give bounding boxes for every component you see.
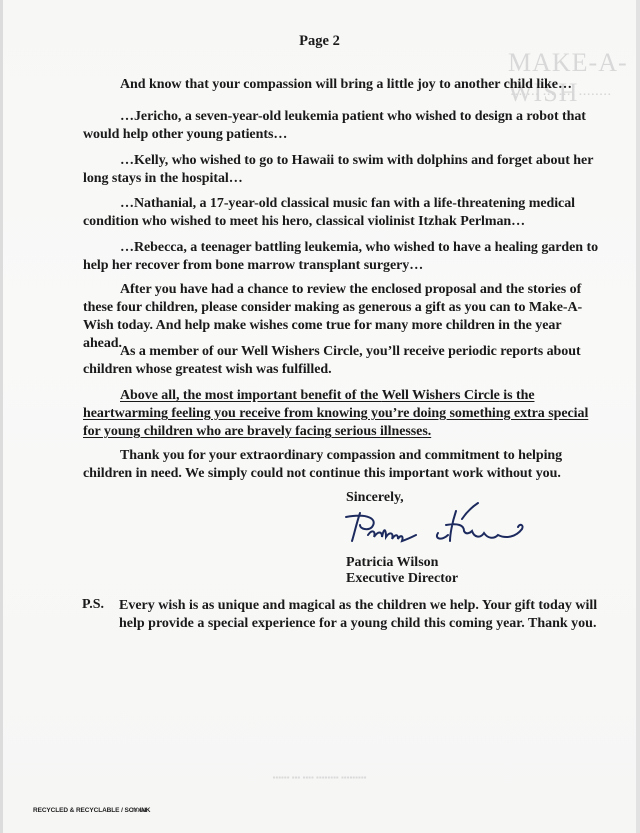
watermark-footer: ▪▪▪▪▪▪ ▪▪▪ ▪▪▪▪ ▪▪▪▪▪▪▪▪ ▪▪▪▪▪▪▪▪▪ — [3, 773, 636, 782]
circle-name: Well Wishers Circle — [241, 344, 359, 359]
circle-name-emphasis: Well Wishers Circle — [382, 388, 500, 403]
form-code: 7-XA1 — [133, 808, 147, 814]
benefit-paragraph: Above all, the most important benefit of… — [83, 387, 603, 441]
signer-name: Patricia Wilson — [346, 555, 458, 571]
membership-paragraph: As a member of our Well Wishers Circle, … — [83, 343, 603, 379]
story-kelly: …Kelly, who wished to go to Hawaii to sw… — [83, 152, 603, 188]
signature-icon — [338, 495, 528, 555]
letter-page: MAKE-A-WISH ▪▪▪▪▪▪▪ ▪▪▪ ▪▪▪▪ ▪▪▪▪▪▪▪▪ Pa… — [0, 0, 640, 833]
story-nathanial: …Nathanial, a 17-year-old classical musi… — [83, 195, 603, 231]
story-rebecca: …Rebecca, a teenager battling leukemia, … — [83, 239, 603, 275]
signer-title: Executive Director — [346, 571, 458, 587]
intro-paragraph: And know that your compassion will bring… — [83, 76, 603, 94]
thanks-paragraph: Thank you for your extraordinary compass… — [83, 447, 603, 483]
signer-block: Patricia Wilson Executive Director — [346, 555, 458, 587]
page-number: Page 2 — [3, 33, 636, 50]
ps-text: Every wish is as unique and magical as t… — [119, 597, 599, 633]
ps-label: P.S. — [82, 597, 104, 613]
story-jericho: …Jericho, a seven-year-old leukemia pati… — [83, 108, 603, 144]
